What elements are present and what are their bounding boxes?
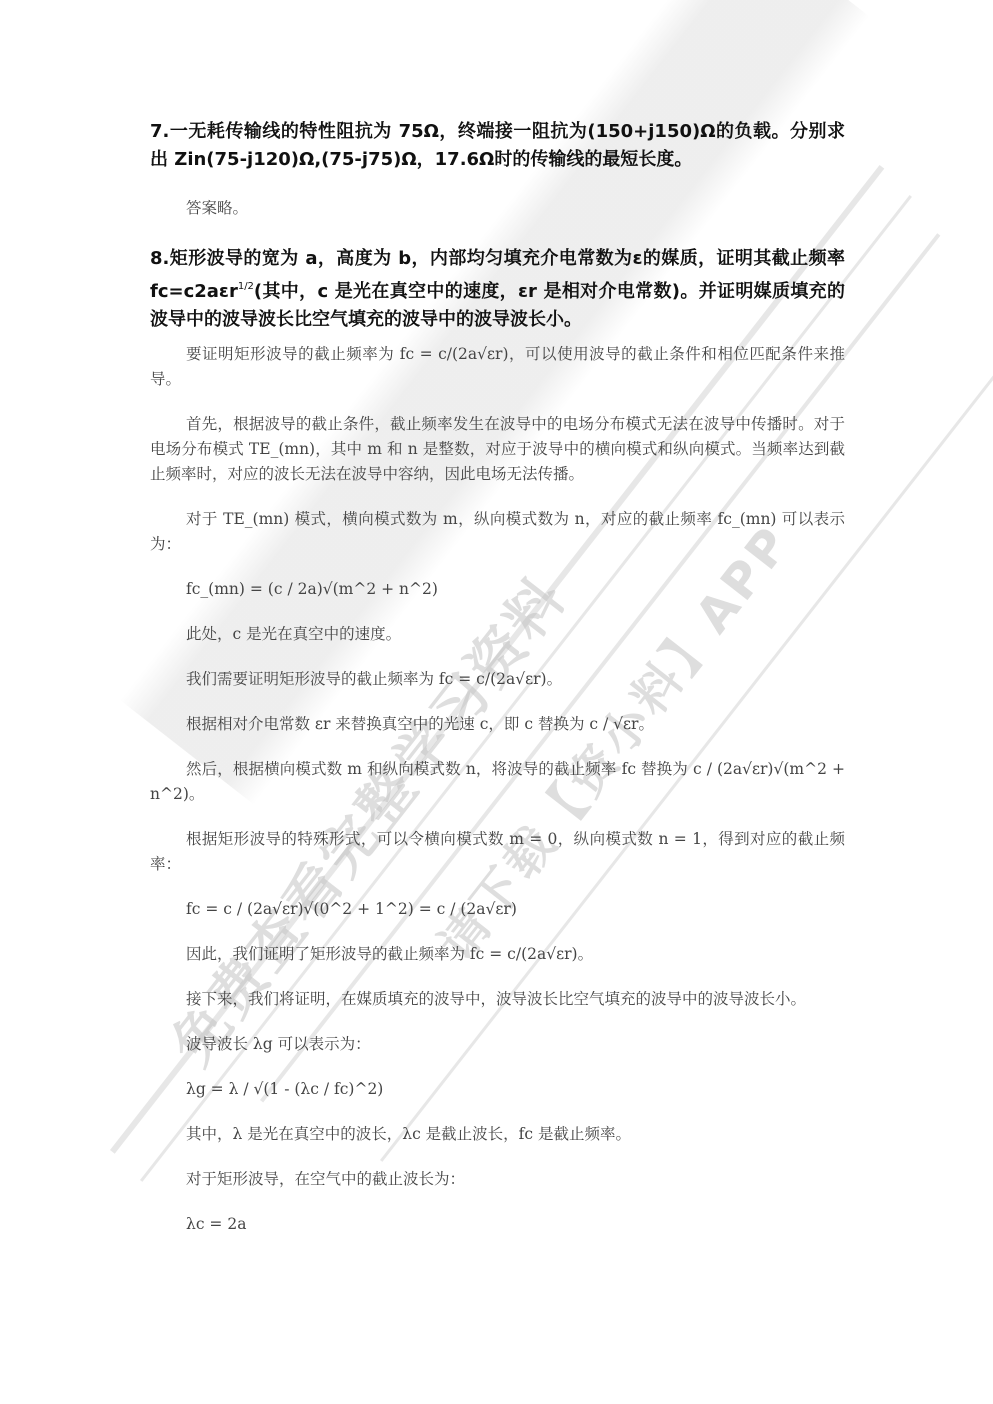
formula: fc_(mn) = (c / 2a)√(m^2 + n^2) xyxy=(150,577,845,602)
answer-paragraph: 我们需要证明矩形波导的截止频率为 fc = c/(2a√εr)。 xyxy=(150,667,845,692)
answer-paragraph: 其中，λ 是光在真空中的波长，λc 是截止波长，fc 是截止频率。 xyxy=(150,1122,845,1147)
answer-paragraph: 波导波长 λg 可以表示为： xyxy=(150,1032,845,1057)
answer-paragraph: 根据矩形波导的特殊形式，可以令横向模式数 m = 0，纵向模式数 n = 1，得… xyxy=(150,827,845,877)
formula: λg = λ / √(1 - (λc / fc)^2) xyxy=(150,1077,845,1102)
superscript: 1/2 xyxy=(238,281,254,292)
question-number: 8. xyxy=(150,248,169,269)
answer-paragraph: 根据相对介电常数 εr 来替换真空中的光速 c，即 c 替换为 c / √εr。 xyxy=(150,712,845,737)
answer-paragraph: 对于 TE_(mn) 模式，横向模式数为 m，纵向模式数为 n，对应的截止频率 … xyxy=(150,507,845,557)
answer-paragraph: 首先，根据波导的截止条件，截止频率发生在波导中的电场分布模式无法在波导中传播时。… xyxy=(150,412,845,487)
document-content: 7.一无耗传输线的特性阻抗为 75Ω，终端接一阻抗为(150+j150)Ω的负载… xyxy=(150,118,845,1237)
question-7: 7.一无耗传输线的特性阻抗为 75Ω，终端接一阻抗为(150+j150)Ω的负载… xyxy=(150,118,845,174)
answer-paragraph: 对于矩形波导，在空气中的截止波长为： xyxy=(150,1167,845,1192)
question-text: 一无耗传输线的特性阻抗为 75Ω，终端接一阻抗为(150+j150)Ω的负载。分… xyxy=(150,121,845,170)
document-page: 免费查看完整学习资料 请下载【资小料】APP 7.一无耗传输线的特性阻抗为 75… xyxy=(0,0,993,1404)
answer-paragraph: 接下来，我们将证明，在媒质填充的波导中，波导波长比空气填充的波导中的波导波长小。 xyxy=(150,987,845,1012)
question-text: (其中，c 是光在真空中的速度，εr 是相对介电常数)。并证明媒质填充的波导中的… xyxy=(150,281,845,330)
answer-paragraph: 因此，我们证明了矩形波导的截止频率为 fc = c/(2a√εr)。 xyxy=(150,942,845,967)
formula: fc = c / (2a√εr)√(0^2 + 1^2) = c / (2a√ε… xyxy=(150,897,845,922)
formula: λc = 2a xyxy=(150,1212,845,1237)
answer-paragraph: 要证明矩形波导的截止频率为 fc = c/(2a√εr)，可以使用波导的截止条件… xyxy=(150,342,845,392)
question-number: 7. xyxy=(150,121,169,142)
question-8: 8.矩形波导的宽为 a，高度为 b，内部均匀填充介电常数为ε的媒质，证明其截止频… xyxy=(150,245,845,334)
answer-7: 答案略。 xyxy=(150,196,845,221)
answer-paragraph: 然后，根据横向模式数 m 和纵向模式数 n，将波导的截止频率 fc 替换为 c … xyxy=(150,757,845,807)
answer-paragraph: 此处，c 是光在真空中的速度。 xyxy=(150,622,845,647)
